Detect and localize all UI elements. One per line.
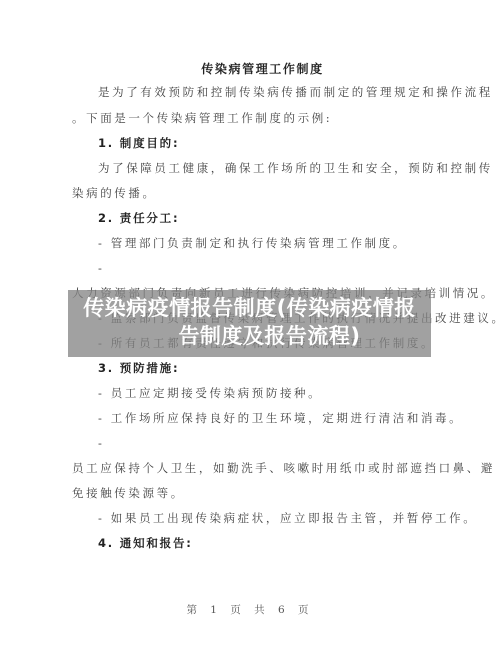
overlay-title: 传染病疫情报告制度(传染病疫情报 告制度及报告流程)	[68, 290, 431, 357]
paragraph-line: 员工应保持个人卫生，如勤洗手、咳嗽时用纸巾或肘部遮挡口鼻、避	[72, 460, 495, 476]
paragraph-line: 是为了有效预防和控制传染病传播而制定的管理规定和操作流程	[98, 84, 493, 100]
paragraph-line: 为了保障员工健康，确保工作场所的卫生和安全，预防和控制传	[98, 160, 493, 176]
paragraph-line: 免接触传染源等。	[72, 485, 185, 501]
paragraph-line: - 员工应定期接受传染病预防接种。	[98, 385, 322, 401]
section-heading: 4. 通知和报告:	[98, 535, 193, 551]
paragraph-line: -	[98, 435, 105, 451]
paragraph-line: - 工作场所应保持良好的卫生环境，定期进行清洁和消毒。	[98, 410, 463, 426]
overlay-title-line-1: 传染病疫情报告制度(传染病疫情报	[68, 294, 431, 322]
overlay-title-line-2: 告制度及报告流程)	[68, 322, 431, 350]
paragraph-line: - 如果员工出现传染病症状，应立即报告主管，并暂停工作。	[98, 510, 477, 526]
section-heading: 1. 制度目的:	[98, 135, 179, 151]
document-title: 传染病管理工作制度	[0, 60, 500, 77]
paragraph-line: 染病的传播。	[72, 185, 157, 201]
paragraph-line: 。下面是一个传染病管理工作制度的示例:	[72, 110, 332, 126]
paragraph-line: - 管理部门负责制定和执行传染病管理工作制度。	[98, 235, 407, 251]
paragraph-line: -	[98, 260, 105, 276]
section-heading: 3. 预防措施:	[98, 360, 179, 376]
section-heading: 2. 责任分工:	[98, 210, 179, 226]
page-number-footer: 第 1 页 共 6 页	[0, 602, 500, 617]
